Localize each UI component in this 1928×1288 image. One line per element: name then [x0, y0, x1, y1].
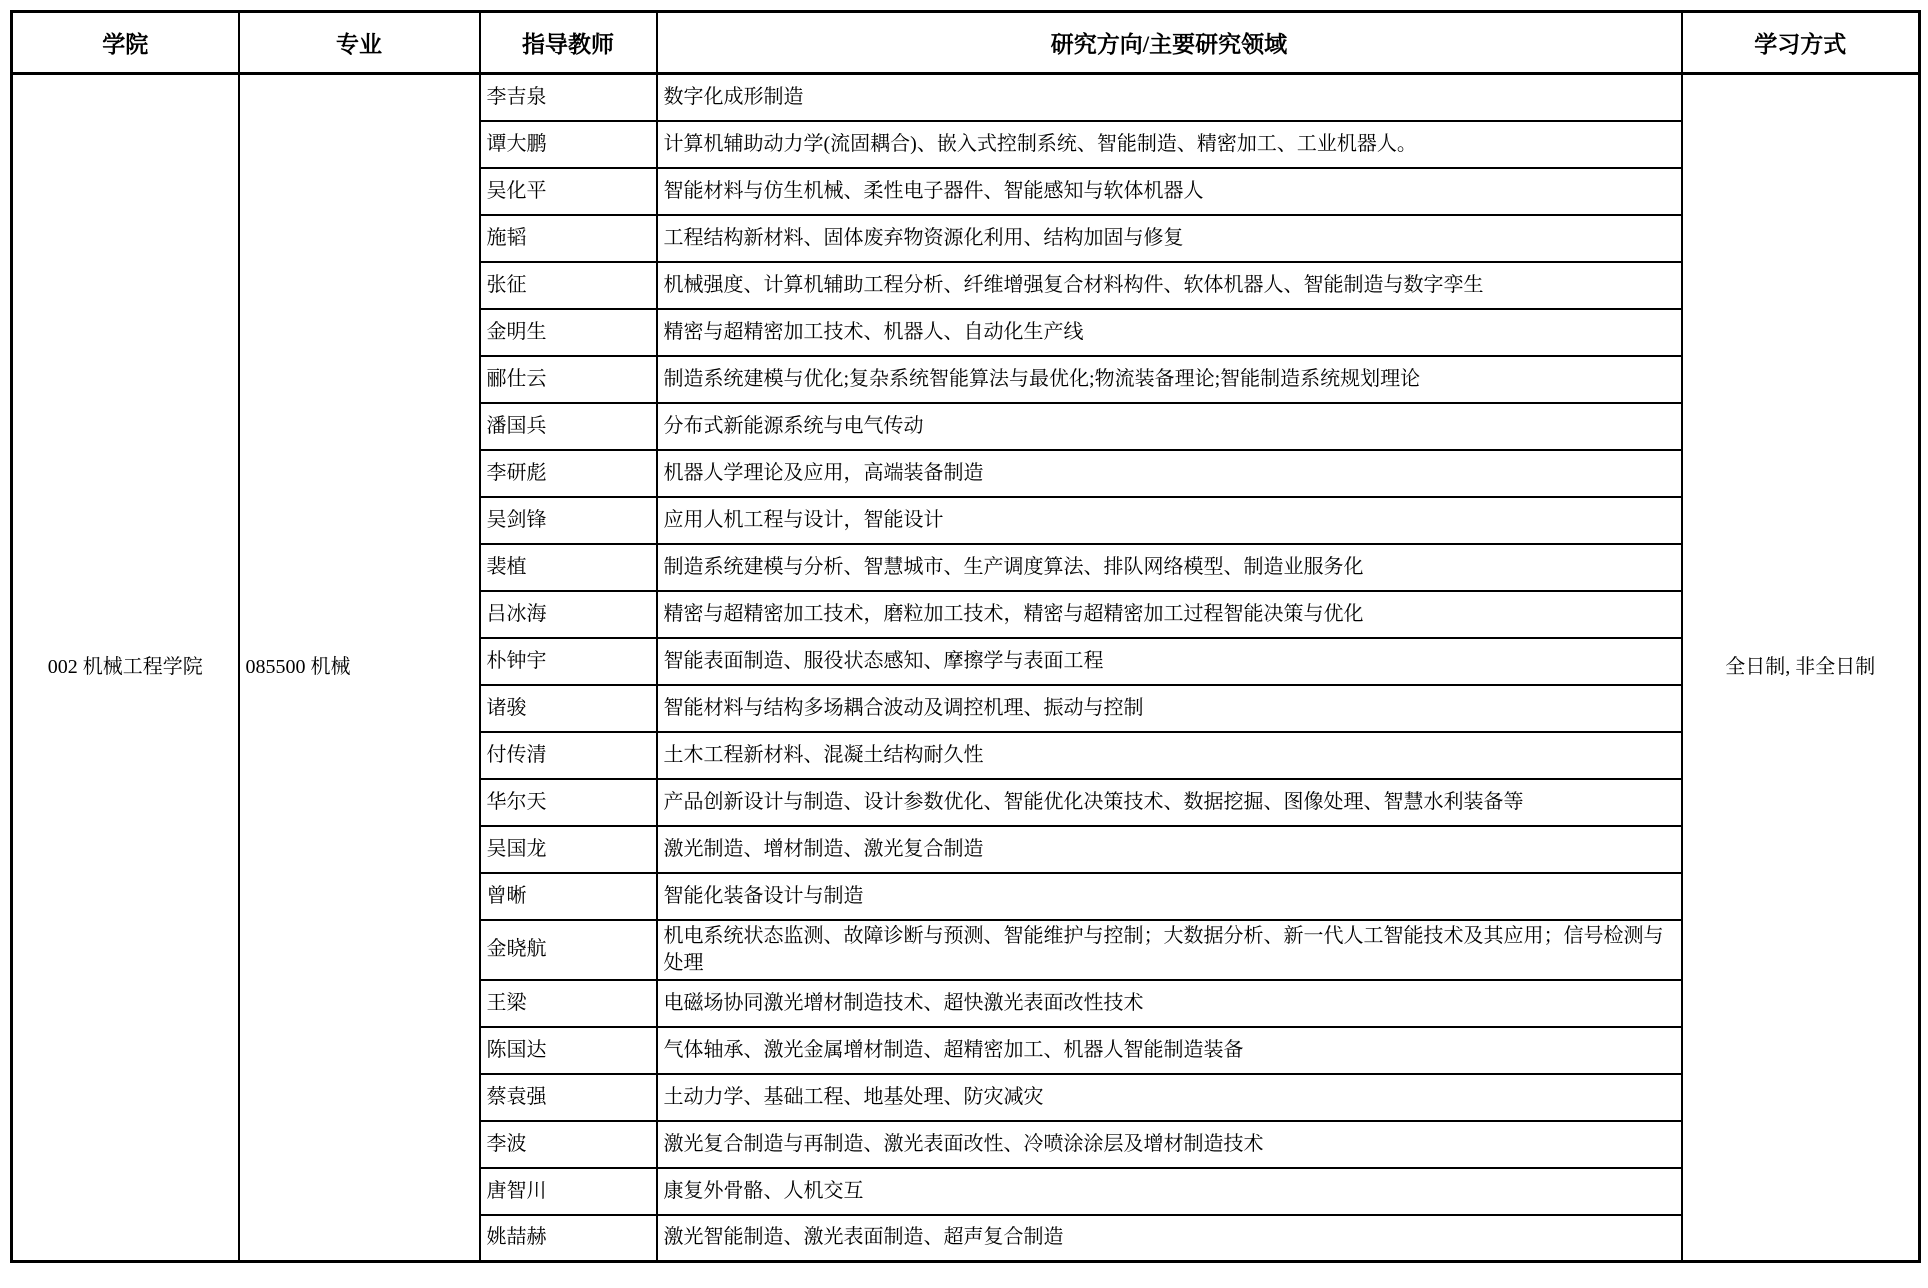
header-study-mode: 学习方式 — [1682, 12, 1920, 74]
advisor-cell: 裴植 — [480, 544, 657, 591]
research-cell: 数字化成形制造 — [657, 74, 1682, 121]
research-cell: 工程结构新材料、固体废弃物资源化利用、结构加固与修复 — [657, 215, 1682, 262]
advisor-cell: 张征 — [480, 262, 657, 309]
advisor-cell: 谭大鹏 — [480, 121, 657, 168]
advisor-cell: 王梁 — [480, 980, 657, 1027]
study-mode-cell: 全日制, 非全日制 — [1682, 74, 1920, 1262]
research-cell: 产品创新设计与制造、设计参数优化、智能优化决策技术、数据挖掘、图像处理、智慧水利… — [657, 779, 1682, 826]
header-research: 研究方向/主要研究领域 — [657, 12, 1682, 74]
table-body: 002 机械工程学院085500 机械李吉泉数字化成形制造全日制, 非全日制谭大… — [12, 74, 1920, 1262]
advisor-cell: 吕冰海 — [480, 591, 657, 638]
advisor-cell: 李研彪 — [480, 450, 657, 497]
research-cell: 机电系统状态监测、故障诊断与预测、智能维护与控制；大数据分析、新一代人工智能技术… — [657, 920, 1682, 980]
research-cell: 激光制造、增材制造、激光复合制造 — [657, 826, 1682, 873]
research-cell: 激光智能制造、激光表面制造、超声复合制造 — [657, 1215, 1682, 1262]
header-college: 学院 — [12, 12, 239, 74]
research-cell: 机械强度、计算机辅助工程分析、纤维增强复合材料构件、软体机器人、智能制造与数字孪… — [657, 262, 1682, 309]
advisor-cell: 蔡袁强 — [480, 1074, 657, 1121]
advisor-cell: 吴化平 — [480, 168, 657, 215]
college-cell: 002 机械工程学院 — [12, 74, 239, 1262]
research-cell: 智能材料与结构多场耦合波动及调控机理、振动与控制 — [657, 685, 1682, 732]
research-cell: 智能化装备设计与制造 — [657, 873, 1682, 920]
advisor-cell: 华尔天 — [480, 779, 657, 826]
research-cell: 土动力学、基础工程、地基处理、防灾减灾 — [657, 1074, 1682, 1121]
research-cell: 智能表面制造、服役状态感知、摩擦学与表面工程 — [657, 638, 1682, 685]
advisor-cell: 唐智川 — [480, 1168, 657, 1215]
header-major: 专业 — [239, 12, 480, 74]
advisor-cell: 付传清 — [480, 732, 657, 779]
advisor-cell: 曾晰 — [480, 873, 657, 920]
research-cell: 分布式新能源系统与电气传动 — [657, 403, 1682, 450]
research-cell: 康复外骨骼、人机交互 — [657, 1168, 1682, 1215]
research-cell: 智能材料与仿生机械、柔性电子器件、智能感知与软体机器人 — [657, 168, 1682, 215]
table-header-row: 学院 专业 指导教师 研究方向/主要研究领域 学习方式 — [12, 12, 1920, 74]
advisor-cell: 郦仕云 — [480, 356, 657, 403]
advisor-cell: 李波 — [480, 1121, 657, 1168]
advisor-cell: 施韬 — [480, 215, 657, 262]
research-cell: 电磁场协同激光增材制造技术、超快激光表面改性技术 — [657, 980, 1682, 1027]
research-cell: 气体轴承、激光金属增材制造、超精密加工、机器人智能制造装备 — [657, 1027, 1682, 1074]
advisor-cell: 陈国达 — [480, 1027, 657, 1074]
research-cell: 精密与超精密加工技术，磨粒加工技术，精密与超精密加工过程智能决策与优化 — [657, 591, 1682, 638]
research-cell: 制造系统建模与优化;复杂系统智能算法与最优化;物流装备理论;智能制造系统规划理论 — [657, 356, 1682, 403]
advisor-cell: 诸骏 — [480, 685, 657, 732]
advisor-cell: 吴国龙 — [480, 826, 657, 873]
advisor-table: 学院 专业 指导教师 研究方向/主要研究领域 学习方式 002 机械工程学院08… — [10, 10, 1921, 1263]
advisor-cell: 吴剑锋 — [480, 497, 657, 544]
advisor-cell: 姚喆赫 — [480, 1215, 657, 1262]
advisor-cell: 金明生 — [480, 309, 657, 356]
advisor-cell: 朴钟宇 — [480, 638, 657, 685]
header-advisor: 指导教师 — [480, 12, 657, 74]
advisor-cell: 金晓航 — [480, 920, 657, 980]
research-cell: 计算机辅助动力学(流固耦合)、嵌入式控制系统、智能制造、精密加工、工业机器人。 — [657, 121, 1682, 168]
major-cell: 085500 机械 — [239, 74, 480, 1262]
advisor-cell: 潘国兵 — [480, 403, 657, 450]
table-row: 002 机械工程学院085500 机械李吉泉数字化成形制造全日制, 非全日制 — [12, 74, 1920, 121]
research-cell: 激光复合制造与再制造、激光表面改性、冷喷涂涂层及增材制造技术 — [657, 1121, 1682, 1168]
research-cell: 机器人学理论及应用，高端装备制造 — [657, 450, 1682, 497]
research-cell: 精密与超精密加工技术、机器人、自动化生产线 — [657, 309, 1682, 356]
research-cell: 土木工程新材料、混凝土结构耐久性 — [657, 732, 1682, 779]
research-cell: 制造系统建模与分析、智慧城市、生产调度算法、排队网络模型、制造业服务化 — [657, 544, 1682, 591]
advisor-cell: 李吉泉 — [480, 74, 657, 121]
document-page: 学院 专业 指导教师 研究方向/主要研究领域 学习方式 002 机械工程学院08… — [0, 0, 1928, 1288]
research-cell: 应用人机工程与设计，智能设计 — [657, 497, 1682, 544]
